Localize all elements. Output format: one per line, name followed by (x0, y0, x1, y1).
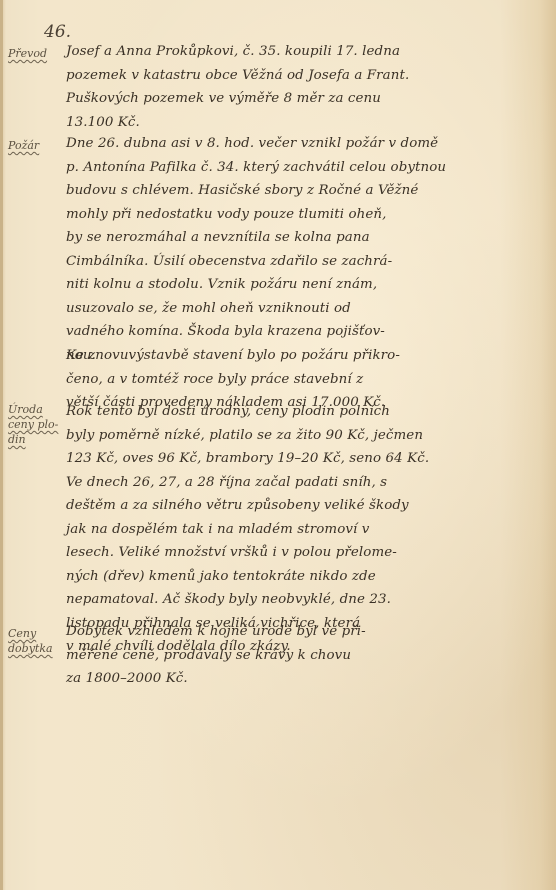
text-line: jak na dospělém tak i na mladém stromoví… (66, 518, 521, 542)
margin-note-line: Požár (8, 138, 70, 153)
text-line: 13.100 Kč. (66, 111, 521, 135)
text-line: Ke znovuvýstavbě stavení bylo po požáru … (66, 344, 521, 368)
margin-note-line: dobytka (8, 641, 70, 656)
text-line: p. Antonína Pafilka č. 34. který zachvát… (66, 156, 521, 180)
page-binding-edge (0, 0, 3, 890)
text-line: pozemek v katastru obce Věžná od Josefa … (66, 64, 521, 88)
margin-note-harvest: Úroda ceny plo- din (8, 402, 70, 447)
entry-text: Josef a Anna Prokůpkovi, č. 35. koupili … (66, 40, 521, 134)
margin-note-livestock: Ceny dobytka (8, 626, 70, 656)
margin-note-transfer: Převod (8, 46, 70, 61)
text-line: Ve dnech 26, 27, a 28 října začal padati… (66, 471, 521, 495)
text-line: lesech. Veliké množství vršků i v polou … (66, 541, 521, 565)
margin-note-line: Úroda (8, 402, 70, 417)
margin-note-line: Převod (8, 46, 70, 61)
text-line: Dne 26. dubna asi v 8. hod. večer vznikl… (66, 132, 521, 156)
text-line: vadného komína. Škoda byla krazena pojiš… (66, 320, 521, 344)
margin-note-line: ceny plo- (8, 417, 70, 432)
margin-note-line: din (8, 432, 70, 447)
text-line: Rok tento byl dosti úrodný, ceny plodin … (66, 400, 521, 424)
page-number: 46. (44, 22, 71, 42)
margin-note-line: Ceny (8, 626, 70, 641)
text-line: nepamatoval. Ač škody byly neobvyklé, dn… (66, 588, 521, 612)
text-line: čeno, a v tomtéž roce byly práce stavebn… (66, 368, 521, 392)
text-line: 123 Kč, oves 96 Kč, brambory 19–20 Kč, s… (66, 447, 521, 471)
margin-note-fire: Požár (8, 138, 70, 153)
text-line: ných (dřev) kmenů jako tentokráte nikdo … (66, 565, 521, 589)
text-line: deštěm a za silného větru způsobeny veli… (66, 494, 521, 518)
text-line: budovu s chlévem. Hasičské sbory z Ročné… (66, 179, 521, 203)
text-line: by se nerozmáhal a nevznítila se kolna p… (66, 226, 521, 250)
entry-text: Dne 26. dubna asi v 8. hod. večer vznikl… (66, 132, 521, 367)
text-line: Cimbálníka. Úsilí obecenstva zdařilo se … (66, 250, 521, 274)
text-line: byly poměrně nízké, platilo se za žito 9… (66, 424, 521, 448)
text-line: Dobytek vzhledem k hojné úrodě byl ve př… (66, 620, 521, 644)
text-line: Josef a Anna Prokůpkovi, č. 35. koupili … (66, 40, 521, 64)
entry-text: Dobytek vzhledem k hojné úrodě byl ve př… (66, 620, 521, 691)
text-line: usuzovalo se, že mohl oheň vzniknouti od (66, 297, 521, 321)
text-line: mohly při nedostatku vody pouze tlumiti … (66, 203, 521, 227)
text-line: za 1800–2000 Kč. (66, 667, 521, 691)
text-line: niti kolnu a stodolu. Vznik požáru není … (66, 273, 521, 297)
text-line: Puškových pozemek ve výměře 8 měr za cen… (66, 87, 521, 111)
chronicle-page: 46. Převod Josef a Anna Prokůpkovi, č. 3… (0, 0, 556, 890)
text-line: měřené ceně, prodávaly se krávy k chovu (66, 644, 521, 668)
